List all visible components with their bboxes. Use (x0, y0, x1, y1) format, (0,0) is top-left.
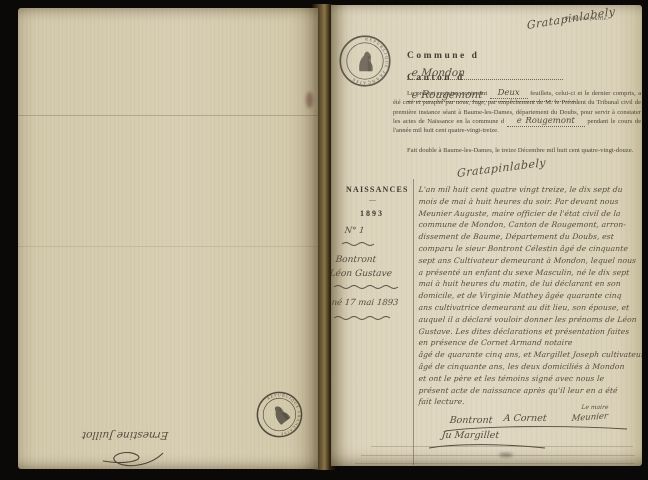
act-body: L'an mil huit cent quatre vingt treize, … (418, 184, 640, 408)
handwritten-line: mai à huit heures du matin, de lui décla… (418, 278, 641, 290)
mayor-title: Le maire (581, 404, 609, 411)
handwritten-line: ans cultivatrice demeurant au dit lieu, … (418, 302, 641, 314)
handwritten-line: et ont le père et les témoins signé avec… (418, 373, 641, 385)
handwritten-line: dissement de Baume, Département du Doubs… (418, 231, 641, 243)
fait-double-clause: Fait double à Baume-les-Dames, le treize… (393, 146, 641, 155)
judge-paraph-top: Gratapinlabely (527, 5, 616, 32)
handwritten-line: Gustave. Les dites déclarations et prése… (418, 326, 641, 338)
flourish-underline (333, 315, 391, 321)
preamble-text-1: Le présent registre, contenant (407, 90, 487, 97)
signature-flourish (427, 443, 547, 451)
seal-icon: RÉPUBLIQUE FRANÇAISE (337, 33, 393, 89)
seal-icon: RÉPUBLIQUE FRANÇAISE (244, 379, 314, 449)
signature-witness1: A Cornet (503, 413, 547, 424)
fait-double-text: Fait double à Baume-les-Dames, le treize… (407, 147, 633, 154)
commune-label: Commune d (407, 51, 479, 61)
signature-witness2: Ju Margillet (441, 430, 500, 441)
folio-count-handwritten: Deux (490, 88, 528, 99)
commune-handwritten: e Rougemont (507, 116, 585, 127)
handwritten-line: commune de Mondon, Canton de Rougemont, … (418, 219, 641, 231)
margin-year: 1893 (360, 209, 384, 218)
ledger-line (355, 463, 635, 464)
flourish-underline (333, 284, 399, 290)
margin-naissances-label: NAISSANCES (346, 185, 409, 194)
right-page: Première feuille. Gratapinlabely RÉPUBLI… (331, 5, 642, 466)
flourish-underline (341, 241, 375, 247)
handwritten-line: L'an mil huit cent quatre vingt treize, … (418, 184, 641, 196)
handwritten-line: sept ans Cultivateur demeurant à Mondon,… (418, 255, 641, 267)
birth-date-note: né 17 mai 1893 (331, 298, 399, 308)
child-firstnames: Léon Gustave (331, 269, 392, 279)
ledger-line (361, 455, 635, 456)
flipped-signature-block: Ernestine Juillot (20, 413, 175, 469)
act-number: N° 1 (344, 226, 365, 236)
judge-paraph-mid: Gratapinlabely (457, 156, 546, 180)
child-surname: Bontront (335, 255, 377, 265)
handwritten-line: en présence de Cornet Armand notaire (418, 337, 641, 349)
signature-mayor: Meunier (571, 411, 608, 424)
ink-smudge (306, 92, 313, 108)
scanned-register-spread: RÉPUBLIQUE FRANÇAISE Ernestine Juillot P… (0, 0, 648, 480)
handwritten-line: mois de mai à huit heures du soir. Par d… (418, 196, 641, 208)
handwritten-line: auquel il a déclaré vouloir donner les p… (418, 314, 641, 326)
page-crease (18, 246, 318, 247)
ledger-line (371, 446, 633, 447)
handwritten-line: âgé de cinquante ans, les deux domicilié… (418, 361, 641, 373)
handwritten-line: Meunier Auguste, maire officier de l'éta… (418, 208, 641, 220)
margin-separator: — (369, 196, 376, 204)
republique-francaise-stamp: RÉPUBLIQUE FRANÇAISE (244, 379, 317, 453)
margin-rule (413, 179, 414, 465)
handwritten-line: présent acte de naissance après qu'il le… (418, 385, 641, 397)
register-preamble: Le présent registre, contenant Deux feui… (393, 89, 641, 135)
handwritten-line: a présenté un enfant du sexe Masculin, n… (418, 267, 641, 279)
signature-name: Ernestine Juillot (19, 429, 169, 441)
republique-francaise-stamp: RÉPUBLIQUE FRANÇAISE (337, 33, 393, 94)
signature-flourish (97, 447, 167, 469)
left-page: RÉPUBLIQUE FRANÇAISE Ernestine Juillot (18, 8, 318, 469)
handwritten-line: domicile, et de Virginie Mathey âgée qua… (418, 290, 641, 302)
handwritten-line: âgé de quarante cinq ans, et Margillet J… (418, 349, 641, 361)
canton-label: Canton d (407, 73, 465, 83)
page-crease (18, 115, 318, 116)
ink-smudge (499, 453, 513, 457)
handwritten-line: comparu le sieur Bontront Célestin âgé d… (418, 243, 641, 255)
